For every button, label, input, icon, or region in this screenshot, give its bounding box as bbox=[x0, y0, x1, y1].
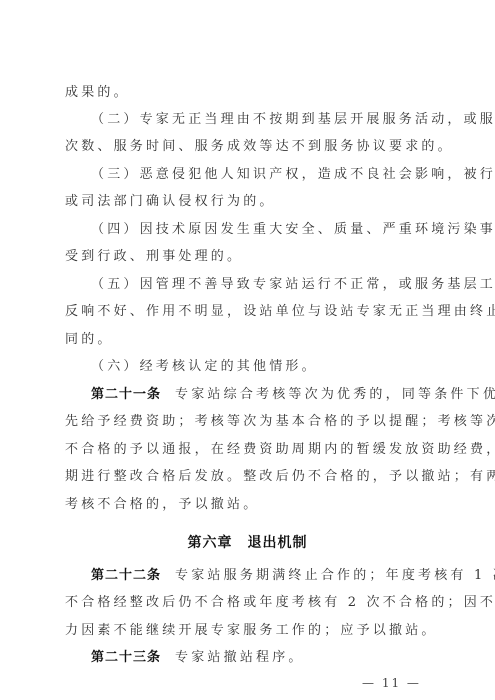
text-line: （四）因技术原因发生重大安全、质量、严重环境污染事故 bbox=[91, 222, 436, 238]
text-line: （二）专家无正当理由不按期到基层开展服务活动，或服务 bbox=[91, 112, 436, 128]
text-line: 反响不好、作用不明显，设站单位与设站专家无正当理由终止合 bbox=[65, 304, 436, 320]
article-21-first-line: 专家站综合考核等次为优秀的，同等条件下优 bbox=[175, 387, 495, 402]
article-21-line-4: 期进行整改合格后发放。整改后仍不合格的，予以撤站；有两次 bbox=[65, 469, 436, 485]
article-22-first-line: 专家站服务期满终止合作的；年度考核有 1 次 bbox=[175, 568, 495, 583]
article-22-line-3: 力因素不能继续开展专家服务工作的；应予以撤站。 bbox=[65, 623, 436, 639]
text-line: （五）因管理不善导致专家站运行不正常，或服务基层工作 bbox=[91, 277, 436, 293]
article-21-line-1: 第二十一条专家站综合考核等次为优秀的，同等条件下优 bbox=[91, 387, 436, 403]
article-23-line-1: 第二十三条专家站撤站程序。 bbox=[91, 650, 436, 666]
text-line: 受到行政、刑事处理的。 bbox=[65, 249, 436, 265]
document-page: 成果的。（二）专家无正当理由不按期到基层开展服务活动，或服务次数、服务时间、服务… bbox=[0, 0, 495, 700]
text-line: 或司法部门确认侵权行为的。 bbox=[65, 194, 436, 210]
article-21-line-5: 考核不合格的，予以撤站。 bbox=[65, 497, 436, 513]
chapter-title: 第六章 退出机制 bbox=[0, 532, 495, 552]
text-line: （六）经考核认定的其他情形。 bbox=[91, 359, 436, 375]
text-line: 次数、服务时间、服务成效等达不到服务协议要求的。 bbox=[65, 139, 436, 155]
article-22-line-2: 不合格经整改后仍不合格或年度考核有 2 次不合格的；因不可抗 bbox=[65, 595, 436, 611]
article-21-line-3: 不合格的予以通报，在经费资助周期内的暂缓发放资助经费，限 bbox=[65, 442, 436, 458]
article-23-title: 第二十三条 bbox=[91, 650, 161, 665]
article-23-first-line: 专家站撤站程序。 bbox=[175, 650, 305, 665]
article-22-title: 第二十二条 bbox=[91, 568, 161, 583]
article-21-line-2: 先给予经费资助；考核等次为基本合格的予以提醒；考核等次为 bbox=[65, 414, 436, 430]
text-line: 成果的。 bbox=[65, 85, 436, 101]
text-line: 同的。 bbox=[65, 332, 436, 348]
page-number: — 11 — bbox=[362, 676, 421, 690]
article-22-line-1: 第二十二条专家站服务期满终止合作的；年度考核有 1 次 bbox=[91, 568, 436, 584]
text-line: （三）恶意侵犯他人知识产权，造成不良社会影响，被行政 bbox=[91, 167, 436, 183]
article-21-title: 第二十一条 bbox=[91, 387, 161, 402]
